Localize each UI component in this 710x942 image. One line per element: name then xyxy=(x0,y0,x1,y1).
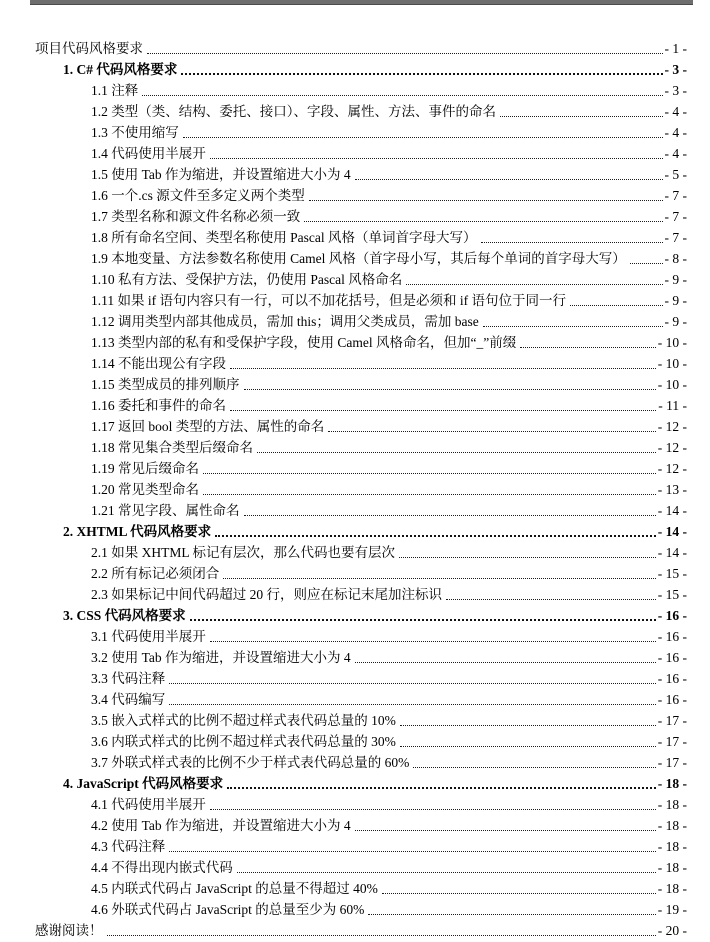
toc-entry-page: - 15 - xyxy=(658,564,687,583)
toc-entry[interactable]: 1.17 返回 bool 类型的方法、属性的命名 - 12 - xyxy=(35,415,687,436)
dot-leader xyxy=(169,851,656,852)
toc-entry[interactable]: 1.7 类型名称和源文件名称必须一致 - 7 - xyxy=(35,205,687,226)
dot-leader xyxy=(244,389,656,390)
toc-entry-page: - 18 - xyxy=(658,879,687,898)
dot-leader xyxy=(304,221,662,222)
toc-entry[interactable]: 1.12 调用类型内部其他成员，需加 this；调用父类成员，需加 base -… xyxy=(35,310,687,331)
dot-leader xyxy=(183,137,663,138)
toc-entry-label[interactable]: 1.14 不能出现公有字段 xyxy=(91,354,226,373)
dot-leader xyxy=(142,95,662,96)
dot-leader xyxy=(237,872,656,873)
toc-entry[interactable]: 2.2 所有标记必须闭合 - 15 - xyxy=(35,562,687,583)
dot-leader xyxy=(203,494,656,495)
toc-entry[interactable]: 2.1 如果 XHTML 标记有层次，那么代码也要有层次 - 14 - xyxy=(35,541,687,562)
dot-leader xyxy=(107,935,656,936)
toc-entry-label[interactable]: 4.1 代码使用半展开 xyxy=(91,795,206,814)
toc-entry[interactable]: 1.14 不能出现公有字段 - 10 - xyxy=(35,352,687,373)
toc-entry[interactable]: 1. C# 代码风格要求 - 3 - xyxy=(35,58,687,79)
toc-entry-page: - 16 - xyxy=(658,606,687,625)
toc-entry-page: - 15 - xyxy=(658,585,687,604)
toc-entry[interactable]: 4.4 不得出现内嵌式代码 - 18 - xyxy=(35,856,687,877)
toc-entry[interactable]: 1.16 委托和事件的命名 - 11 - xyxy=(35,394,687,415)
toc-entry-page: - 5 - xyxy=(665,165,688,184)
toc-entry[interactable]: 1.3 不使用缩写 - 4 - xyxy=(35,121,687,142)
toc-entry[interactable]: 1.20 常见类型命名 - 13 - xyxy=(35,478,687,499)
toc-entry-label[interactable]: 2. XHTML 代码风格要求 xyxy=(63,522,211,541)
dot-leader xyxy=(210,158,663,159)
toc-entry[interactable]: 4. JavaScript 代码风格要求 - 18 - xyxy=(35,772,687,793)
toc-entry-label[interactable]: 2.1 如果 XHTML 标记有层次，那么代码也要有层次 xyxy=(91,543,395,562)
toc-entry[interactable]: 1.18 常见集合类型后缀命名 - 12 - xyxy=(35,436,687,457)
toc-entry-label[interactable]: 4. JavaScript 代码风格要求 xyxy=(63,774,223,793)
toc-entry-page: - 13 - xyxy=(658,480,687,499)
dot-leader xyxy=(446,599,656,600)
toc-entry[interactable]: 4.3 代码注释 - 18 - xyxy=(35,835,687,856)
dot-leader xyxy=(406,284,662,285)
dot-leader xyxy=(630,263,663,264)
dot-leader xyxy=(400,746,656,747)
toc-entry-label[interactable]: 1.11 如果 if 语句内容只有一行，可以不加花括号，但是必须和 if 语句位… xyxy=(91,291,566,310)
toc-entry-page: - 10 - xyxy=(658,333,687,352)
dot-leader xyxy=(483,326,663,327)
dot-leader xyxy=(328,431,655,432)
toc-entry-page: - 9 - xyxy=(665,291,688,310)
toc-entry-page: - 14 - xyxy=(658,501,687,520)
toc-entry[interactable]: 3.4 代码编写 - 16 - xyxy=(35,688,687,709)
dot-leader xyxy=(382,893,656,894)
dot-leader xyxy=(355,830,656,831)
toc-entry[interactable]: 1.1 注释 - 3 - xyxy=(35,79,687,100)
toc-entry[interactable]: 2.3 如果标记中间代码超过 20 行，则应在标记末尾加注标识 - 15 - xyxy=(35,583,687,604)
toc-entry[interactable]: 项目代码风格要求 - 1 - xyxy=(35,37,687,58)
toc-entry[interactable]: 4.1 代码使用半展开 - 18 - xyxy=(35,793,687,814)
dot-leader xyxy=(413,767,655,768)
dot-leader xyxy=(368,914,655,915)
toc-entry-label[interactable]: 3.2 使用 Tab 作为缩进，并设置缩进大小为 4 xyxy=(91,648,351,667)
toc-entry-page: - 3 - xyxy=(665,60,688,79)
toc-entry-page: - 16 - xyxy=(658,627,687,646)
dot-leader xyxy=(181,73,662,75)
toc-entry[interactable]: 1.5 使用 Tab 作为缩进，并设置缩进大小为 4 - 5 - xyxy=(35,163,687,184)
toc-entry-label[interactable]: 1.9 本地变量、方法参数名称使用 Camel 风格（首字母小写，其后每个单词的… xyxy=(91,249,626,268)
page-top-rule xyxy=(30,0,693,5)
toc-entry-label[interactable]: 3.3 代码注释 xyxy=(91,669,165,688)
toc-entry-page: - 17 - xyxy=(658,732,687,751)
toc-entry[interactable]: 3.3 代码注释 - 16 - xyxy=(35,667,687,688)
toc-entry-label[interactable]: 1.10 私有方法、受保护方法，仍使用 Pascal 风格命名 xyxy=(91,270,402,289)
dot-leader xyxy=(309,200,663,201)
toc-entry[interactable]: 3. CSS 代码风格要求 - 16 - xyxy=(35,604,687,625)
toc-entry-label[interactable]: 3.6 内联式样式的比例不超过样式表代码总量的 30% xyxy=(91,732,396,751)
toc-entry-page: - 9 - xyxy=(665,312,688,331)
toc-entry[interactable]: 1.13 类型内部的私有和受保护字段，使用 Camel 风格命名，但加“_”前缀… xyxy=(35,331,687,352)
toc-entry-page: - 12 - xyxy=(658,459,687,478)
dot-leader xyxy=(190,619,656,621)
toc-entry-label[interactable]: 1.1 注释 xyxy=(91,81,138,100)
toc-entry-page: - 18 - xyxy=(658,774,687,793)
toc-entry-label[interactable]: 4.3 代码注释 xyxy=(91,837,165,856)
toc-entry-page: - 1 - xyxy=(665,39,688,58)
toc-entry-page: - 9 - xyxy=(665,270,688,289)
dot-leader xyxy=(227,787,656,789)
toc-entry-page: - 12 - xyxy=(658,438,687,457)
dot-leader xyxy=(230,368,656,369)
toc-list: 项目代码风格要求 - 1 - 1. C# 代码风格要求 - 3 - 1.1 注释… xyxy=(35,37,687,940)
toc-entry-label[interactable]: 1.5 使用 Tab 作为缩进，并设置缩进大小为 4 xyxy=(91,165,351,184)
dot-leader xyxy=(355,662,656,663)
toc-entry-page: - 12 - xyxy=(658,417,687,436)
toc-entry-page: - 10 - xyxy=(658,375,687,394)
toc-entry-page: - 7 - xyxy=(665,186,688,205)
dot-leader xyxy=(257,452,656,453)
toc-entry-label[interactable]: 项目代码风格要求 xyxy=(35,39,143,58)
toc-entry-label[interactable]: 1.7 类型名称和源文件名称必须一致 xyxy=(91,207,300,226)
dot-leader xyxy=(520,347,656,348)
toc-entry-label[interactable]: 1.8 所有命名空间、类型名称使用 Pascal 风格（单词首字母大写） xyxy=(91,228,477,247)
document-page: 项目代码风格要求 - 1 - 1. C# 代码风格要求 - 3 - 1.1 注释… xyxy=(0,0,710,942)
dot-leader xyxy=(399,557,656,558)
toc-entry[interactable]: 1.19 常见后缀命名 - 12 - xyxy=(35,457,687,478)
toc-entry-page: - 7 - xyxy=(665,228,688,247)
toc-entry-label[interactable]: 4.6 外联式代码占 JavaScript 的总量至少为 60% xyxy=(91,900,364,919)
toc-entry-label[interactable]: 1.17 返回 bool 类型的方法、属性的命名 xyxy=(91,417,324,436)
toc-entry[interactable]: 3.1 代码使用半展开 - 16 - xyxy=(35,625,687,646)
toc-entry-page: - 14 - xyxy=(658,543,687,562)
toc-entry[interactable]: 1.21 常见字段、属性命名 - 14 - xyxy=(35,499,687,520)
toc-entry-label[interactable]: 3.5 嵌入式样式的比例不超过样式表代码总量的 10% xyxy=(91,711,396,730)
toc-entry-page: - 16 - xyxy=(658,648,687,667)
dot-leader xyxy=(169,683,656,684)
toc-entry[interactable]: 1.10 私有方法、受保护方法，仍使用 Pascal 风格命名 - 9 - xyxy=(35,268,687,289)
toc-entry-label[interactable]: 1.4 代码使用半展开 xyxy=(91,144,206,163)
dot-leader xyxy=(570,305,663,306)
dot-leader xyxy=(169,704,656,705)
toc-entry[interactable]: 3.2 使用 Tab 作为缩进，并设置缩进大小为 4 - 16 - xyxy=(35,646,687,667)
toc-entry-page: - 19 - xyxy=(658,900,687,919)
toc-entry-label[interactable]: 4.5 内联式代码占 JavaScript 的总量不得超过 40% xyxy=(91,879,378,898)
toc-entry-label[interactable]: 1.21 常见字段、属性命名 xyxy=(91,501,240,520)
toc-entry[interactable]: 1.8 所有命名空间、类型名称使用 Pascal 风格（单词首字母大写） - 7… xyxy=(35,226,687,247)
toc-entry-page: - 18 - xyxy=(658,795,687,814)
toc-entry-page: - 17 - xyxy=(658,753,687,772)
dot-leader xyxy=(400,725,656,726)
toc-entry-label[interactable]: 1.19 常见后缀命名 xyxy=(91,459,199,478)
toc-entry-page: - 18 - xyxy=(658,816,687,835)
toc-entry-label[interactable]: 1.12 调用类型内部其他成员，需加 this；调用父类成员，需加 base xyxy=(91,312,479,331)
toc-entry-page: - 20 - xyxy=(658,921,687,940)
toc-entry-page: - 4 - xyxy=(665,123,688,142)
dot-leader xyxy=(210,809,656,810)
toc-entry-label[interactable]: 1.18 常见集合类型后缀命名 xyxy=(91,438,253,457)
toc-entry-label[interactable]: 1.15 类型成员的排列顺序 xyxy=(91,375,240,394)
toc-entry[interactable]: 3.5 嵌入式样式的比例不超过样式表代码总量的 10% - 17 - xyxy=(35,709,687,730)
toc-entry-label[interactable]: 2.2 所有标记必须闭合 xyxy=(91,564,219,583)
toc-entry-page: - 4 - xyxy=(665,102,688,121)
dot-leader xyxy=(203,473,656,474)
toc-entry-label[interactable]: 3.1 代码使用半展开 xyxy=(91,627,206,646)
toc-entry-label[interactable]: 2.3 如果标记中间代码超过 20 行，则应在标记末尾加注标识 xyxy=(91,585,442,604)
dot-leader xyxy=(355,179,663,180)
toc-entry[interactable]: 4.5 内联式代码占 JavaScript 的总量不得超过 40% - 18 - xyxy=(35,877,687,898)
toc-entry-label[interactable]: 1.2 类型（类、结构、委托、接口）、字段、属性、方法、事件的命名 xyxy=(91,102,496,121)
toc-entry-page: - 17 - xyxy=(658,711,687,730)
toc-entry-page: - 4 - xyxy=(665,144,688,163)
toc-entry[interactable]: 1.9 本地变量、方法参数名称使用 Camel 风格（首字母小写，其后每个单词的… xyxy=(35,247,687,268)
toc-entry[interactable]: 1.11 如果 if 语句内容只有一行，可以不加花括号，但是必须和 if 语句位… xyxy=(35,289,687,310)
toc-entry[interactable]: 3.6 内联式样式的比例不超过样式表代码总量的 30% - 17 - xyxy=(35,730,687,751)
toc-entry[interactable]: 2. XHTML 代码风格要求 - 14 - xyxy=(35,520,687,541)
toc-entry-label[interactable]: 1. C# 代码风格要求 xyxy=(63,60,177,79)
dot-leader xyxy=(215,535,656,537)
toc-entry-label[interactable]: 感谢阅读！ xyxy=(35,921,103,940)
dot-leader xyxy=(210,641,656,642)
toc-entry-page: - 7 - xyxy=(665,207,688,226)
toc-entry-page: - 10 - xyxy=(658,354,687,373)
toc-entry[interactable]: 1.15 类型成员的排列顺序 - 10 - xyxy=(35,373,687,394)
toc-entry-label[interactable]: 4.2 使用 Tab 作为缩进，并设置缩进大小为 4 xyxy=(91,816,351,835)
toc-entry-label[interactable]: 3. CSS 代码风格要求 xyxy=(63,606,186,625)
toc-entry-label[interactable]: 3.4 代码编写 xyxy=(91,690,165,709)
toc-entry[interactable]: 4.6 外联式代码占 JavaScript 的总量至少为 60% - 19 - xyxy=(35,898,687,919)
toc-entry-label[interactable]: 3.7 外联式样式表的比例不少于样式表代码总量的 60% xyxy=(91,753,409,772)
toc-entry-page: - 16 - xyxy=(658,669,687,688)
dot-leader xyxy=(500,116,663,117)
toc-entry-page: - 11 - xyxy=(658,396,687,415)
toc-entry-page: - 16 - xyxy=(658,690,687,709)
toc-entry[interactable]: 3.7 外联式样式表的比例不少于样式表代码总量的 60% - 17 - xyxy=(35,751,687,772)
toc-entry[interactable]: 1.4 代码使用半展开 - 4 - xyxy=(35,142,687,163)
toc-entry-label[interactable]: 1.20 常见类型命名 xyxy=(91,480,199,499)
toc-entry[interactable]: 1.6 一个.cs 源文件至多定义两个类型 - 7 - xyxy=(35,184,687,205)
toc-entry[interactable]: 4.2 使用 Tab 作为缩进，并设置缩进大小为 4 - 18 - xyxy=(35,814,687,835)
dot-leader xyxy=(147,53,663,54)
toc-entry-page: - 14 - xyxy=(658,522,687,541)
toc-entry-page: - 3 - xyxy=(665,81,688,100)
toc-entry-page: - 18 - xyxy=(658,837,687,856)
dot-leader xyxy=(223,578,656,579)
toc-entry[interactable]: 感谢阅读！ - 20 - xyxy=(35,919,687,940)
dot-leader xyxy=(230,410,656,411)
toc-entry-label[interactable]: 4.4 不得出现内嵌式代码 xyxy=(91,858,233,877)
dot-leader xyxy=(244,515,656,516)
toc-entry-label[interactable]: 1.6 一个.cs 源文件至多定义两个类型 xyxy=(91,186,305,205)
toc-entry-label[interactable]: 1.13 类型内部的私有和受保护字段，使用 Camel 风格命名，但加“_”前缀 xyxy=(91,333,516,352)
toc-entry-label[interactable]: 1.3 不使用缩写 xyxy=(91,123,179,142)
dot-leader xyxy=(481,242,663,243)
toc-entry-label[interactable]: 1.16 委托和事件的命名 xyxy=(91,396,226,415)
toc-entry-page: - 8 - xyxy=(665,249,688,268)
toc-entry-page: - 18 - xyxy=(658,858,687,877)
toc-entry[interactable]: 1.2 类型（类、结构、委托、接口）、字段、属性、方法、事件的命名 - 4 - xyxy=(35,100,687,121)
